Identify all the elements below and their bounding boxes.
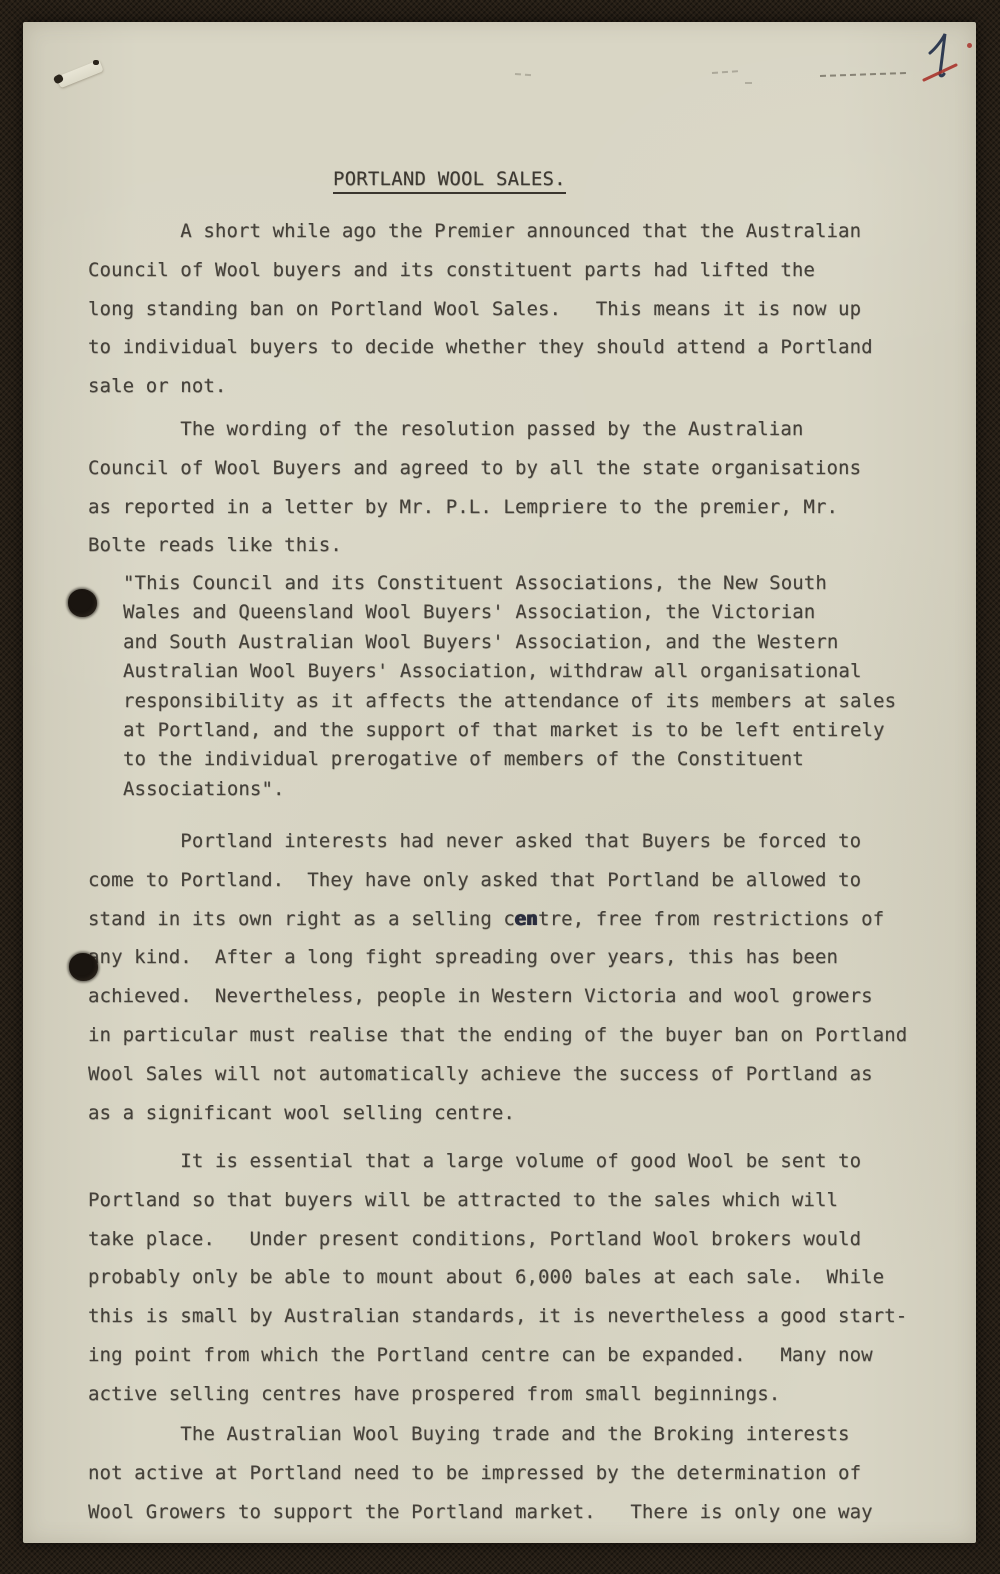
typed-line: The Australian Wool Buying trade and the… [88,1415,873,1454]
staple-speck [93,60,99,65]
document-title-block: PORTLAND WOOL SALES. [333,170,566,194]
typed-line: Associations". [123,775,896,804]
paragraph-2: The wording of the resolution passed by … [88,410,861,565]
scanned-page: PORTLAND WOOL SALES. A short while ago t… [23,22,976,1543]
typed-line: Bolte reads like this. [88,526,861,565]
typed-text: stand in its own right as a selling c [88,908,515,930]
typed-line: any kind. After a long fight spreading o… [88,938,907,977]
typed-line: "This Council and its Constituent Associ… [123,569,896,598]
typed-line: as a significant wool selling centre. [88,1094,907,1133]
typed-line: Wales and Queensland Wool Buyers' Associ… [123,598,896,627]
paragraph-4: It is essential that a large volume of g… [88,1142,907,1414]
typed-line: Australian Wool Buyers' Association, wit… [123,657,896,686]
typed-line: take place. Under present conditions, Po… [88,1220,907,1259]
typed-line: active selling centres have prospered fr… [88,1375,907,1414]
typed-line: to the individual prerogative of members… [123,745,896,774]
punch-hole [68,589,97,617]
typed-text: tre, free from restrictions of [538,908,884,930]
quoted-resolution: "This Council and its Constituent Associ… [123,569,896,804]
pencil-mark [712,70,738,74]
paragraph-3: Portland interests had never asked that … [88,822,907,1132]
typed-line: achieved. Nevertheless, people in Wester… [88,977,907,1016]
page-title: PORTLAND WOOL SALES. [333,170,566,194]
typed-line: ing point from which the Portland centre… [88,1336,907,1375]
typed-line: Wool Sales will not automatically achiev… [88,1055,907,1094]
typed-line: to individual buyers to decide whether t… [88,328,873,367]
typed-line: A short while ago the Premier announced … [88,212,873,251]
typed-line: and South Australian Wool Buyers' Associ… [123,628,896,657]
typed-line: responsibility as it affects the attenda… [123,687,896,716]
typed-line: long standing ban on Portland Wool Sales… [88,290,873,329]
typed-line: probably only be able to mount about 6,0… [88,1258,907,1297]
typed-line: as reported in a letter by Mr. P.L. Lemp… [88,488,861,527]
typed-line-with-overtype: stand in its own right as a selling cent… [88,900,907,939]
typed-line: sale or not. [88,367,873,406]
typed-line: not active at Portland need to be impres… [88,1454,873,1493]
typed-line: Council of Wool Buyers and agreed to by … [88,449,861,488]
typed-line: Wool Growers to support the Portland mar… [88,1493,873,1532]
pencil-mark [820,72,906,77]
typed-line: It is essential that a large volume of g… [88,1142,907,1181]
typed-line: this is small by Australian standards, i… [88,1297,907,1336]
typed-line: in particular must realise that the endi… [88,1016,907,1055]
paragraph-5: The Australian Wool Buying trade and the… [88,1415,873,1531]
pencil-mark [745,82,752,84]
overtyped-correction: en [515,908,538,930]
typed-line: The wording of the resolution passed by … [88,410,861,449]
pencil-mark [515,73,531,76]
paragraph-1: A short while ago the Premier announced … [88,212,873,406]
punch-hole [69,953,98,981]
typed-line: Portland so that buyers will be attracte… [88,1181,907,1220]
typed-line: at Portland, and the support of that mar… [123,716,896,745]
handwritten-page-number [916,31,968,87]
typed-line: come to Portland. They have only asked t… [88,861,907,900]
typed-line: Portland interests had never asked that … [88,822,907,861]
typed-line: Council of Wool buyers and its constitue… [88,251,873,290]
